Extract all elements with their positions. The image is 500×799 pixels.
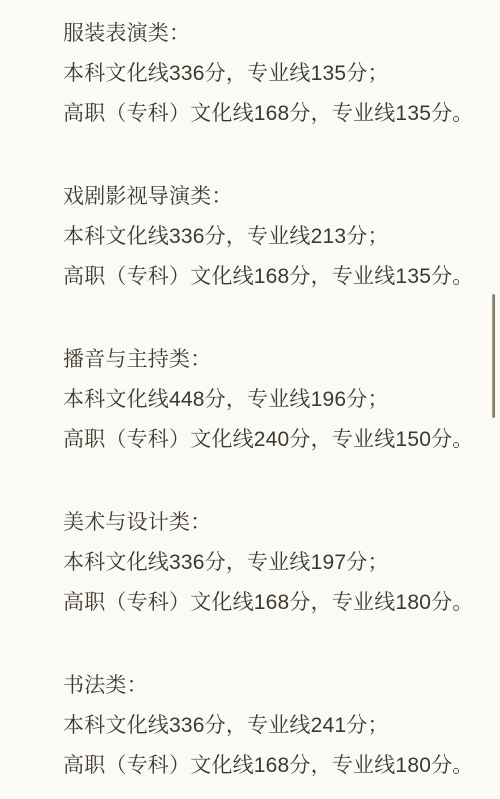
- vocational-score-line: 高职（专科）文化线168分，专业线180分。: [63, 583, 460, 623]
- section-fashion-performance: 服装表演类： 本科文化线336分，专业线135分； 高职（专科）文化线168分，…: [63, 14, 460, 134]
- category-title: 服装表演类：: [63, 14, 460, 54]
- score-lines-document: 服装表演类： 本科文化线336分，专业线135分； 高职（专科）文化线168分，…: [0, 0, 500, 799]
- undergraduate-score-line: 本科文化线448分，专业线196分；: [63, 380, 460, 420]
- section-calligraphy: 书法类： 本科文化线336分，专业线241分； 高职（专科）文化线168分，专业…: [63, 666, 460, 786]
- category-title: 书法类：: [63, 666, 460, 706]
- category-title: 戏剧影视导演类：: [63, 177, 460, 217]
- vocational-score-line: 高职（专科）文化线168分，专业线135分。: [63, 257, 460, 297]
- vocational-score-line: 高职（专科）文化线168分，专业线135分。: [63, 94, 460, 134]
- undergraduate-score-line: 本科文化线336分，专业线213分；: [63, 217, 460, 257]
- category-title: 播音与主持类：: [63, 340, 460, 380]
- category-title: 美术与设计类：: [63, 503, 460, 543]
- undergraduate-score-line: 本科文化线336分，专业线135分；: [63, 54, 460, 94]
- vocational-score-line: 高职（专科）文化线168分，专业线180分。: [63, 746, 460, 786]
- section-broadcasting-hosting: 播音与主持类： 本科文化线448分，专业线196分； 高职（专科）文化线240分…: [63, 340, 460, 460]
- scrollbar-thumb[interactable]: [492, 294, 495, 418]
- undergraduate-score-line: 本科文化线336分，专业线197分；: [63, 543, 460, 583]
- undergraduate-score-line: 本科文化线336分，专业线241分；: [63, 706, 460, 746]
- section-art-design: 美术与设计类： 本科文化线336分，专业线197分； 高职（专科）文化线168分…: [63, 503, 460, 623]
- section-drama-film-directing: 戏剧影视导演类： 本科文化线336分，专业线213分； 高职（专科）文化线168…: [63, 177, 460, 297]
- vocational-score-line: 高职（专科）文化线240分，专业线150分。: [63, 420, 460, 460]
